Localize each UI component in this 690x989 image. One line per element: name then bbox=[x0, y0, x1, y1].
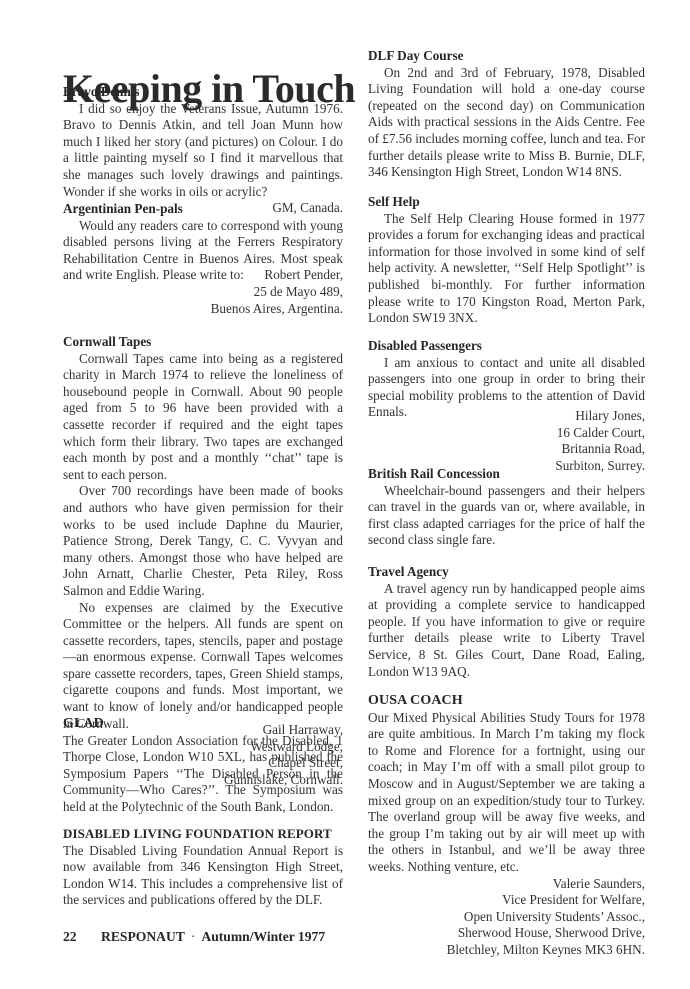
signature-line: Sherwood House, Sherwood Drive, bbox=[368, 925, 645, 942]
article-heading: OUSA COACH bbox=[368, 693, 645, 710]
article-heading: Disabled Passengers bbox=[368, 338, 645, 355]
article-paragraph: Over 700 recordings have been made of bo… bbox=[63, 483, 343, 599]
article-heading: Bravo Dennis bbox=[63, 84, 343, 101]
footer-separator: · bbox=[191, 929, 196, 944]
signature-line: Buenos Aires, Argentina. bbox=[63, 301, 343, 318]
article-body: On 2nd and 3rd of February, 1978, Disabl… bbox=[368, 65, 645, 181]
article-self-help: Self Help The Self Help Clearing House f… bbox=[368, 194, 645, 327]
signature-line: 16 Calder Court, bbox=[368, 425, 645, 442]
article-argentinian-pen-pals: Argentinian Pen-pals Would any readers c… bbox=[63, 201, 343, 317]
article-body: A travel agency run by handicapped peopl… bbox=[368, 581, 645, 681]
signature-line: 25 de Mayo 489, bbox=[63, 284, 343, 301]
signature-line: Britannia Road, bbox=[368, 441, 645, 458]
article-glad: GLAD The Greater London Association for … bbox=[63, 716, 343, 816]
publication-name: RESPONAUT bbox=[101, 929, 185, 944]
article-heading: GLAD bbox=[63, 716, 343, 733]
page-footer: 22RESPONAUT·Autumn/Winter 1977 bbox=[63, 929, 325, 945]
article-heading: British Rail Concession bbox=[368, 466, 645, 483]
article-heading: DISABLED LIVING FOUNDATION REPORT bbox=[63, 826, 343, 843]
signature-line: Vice President for Welfare, bbox=[368, 892, 645, 909]
article-body: The Greater London Association for the D… bbox=[63, 733, 343, 816]
article-heading: Argentinian Pen-pals bbox=[63, 201, 343, 218]
page-number: 22 bbox=[63, 929, 101, 945]
issue-label: Autumn/Winter 1977 bbox=[201, 929, 325, 944]
article-paragraph: Cornwall Tapes came into being as a regi… bbox=[63, 351, 343, 484]
article-ousa-coach: OUSA COACH Our Mixed Physical Abilities … bbox=[368, 693, 645, 959]
signature-line: Bletchley, Milton Keynes MK3 6HN. bbox=[368, 942, 645, 959]
article-disabled-passengers: Disabled Passengers I am anxious to cont… bbox=[368, 338, 645, 474]
article-heading: DLF Day Course bbox=[368, 48, 645, 65]
article-body: Our Mixed Physical Abilities Study Tours… bbox=[368, 710, 645, 876]
article-british-rail-concession: British Rail Concession Wheelchair-bound… bbox=[368, 466, 645, 549]
article-body: The Disabled Living Foundation Annual Re… bbox=[63, 843, 343, 909]
article-body: Wheelchair-bound passengers and their he… bbox=[368, 483, 645, 549]
signature-line: Open University Students’ Assoc., bbox=[368, 909, 645, 926]
article-travel-agency: Travel Agency A travel agency run by han… bbox=[368, 564, 645, 680]
article-heading: Travel Agency bbox=[368, 564, 645, 581]
article-dlf-day-course: DLF Day Course On 2nd and 3rd of Februar… bbox=[368, 48, 645, 181]
article-heading: Cornwall Tapes bbox=[63, 334, 343, 351]
article-dlf-report: DISABLED LIVING FOUNDATION REPORT The Di… bbox=[63, 826, 343, 909]
article-body: The Self Help Clearing House formed in 1… bbox=[368, 211, 645, 327]
article-body: I did so enjoy the Veterans Issue, Autum… bbox=[63, 101, 343, 201]
signature-line: Hilary Jones, bbox=[368, 408, 645, 425]
signature-line: Valerie Saunders, bbox=[368, 876, 645, 893]
article-paragraph: No expenses are claimed by the Executive… bbox=[63, 600, 343, 733]
article-bravo-dennis: Bravo Dennis I did so enjoy the Veterans… bbox=[63, 84, 343, 217]
article-heading: Self Help bbox=[368, 194, 645, 211]
